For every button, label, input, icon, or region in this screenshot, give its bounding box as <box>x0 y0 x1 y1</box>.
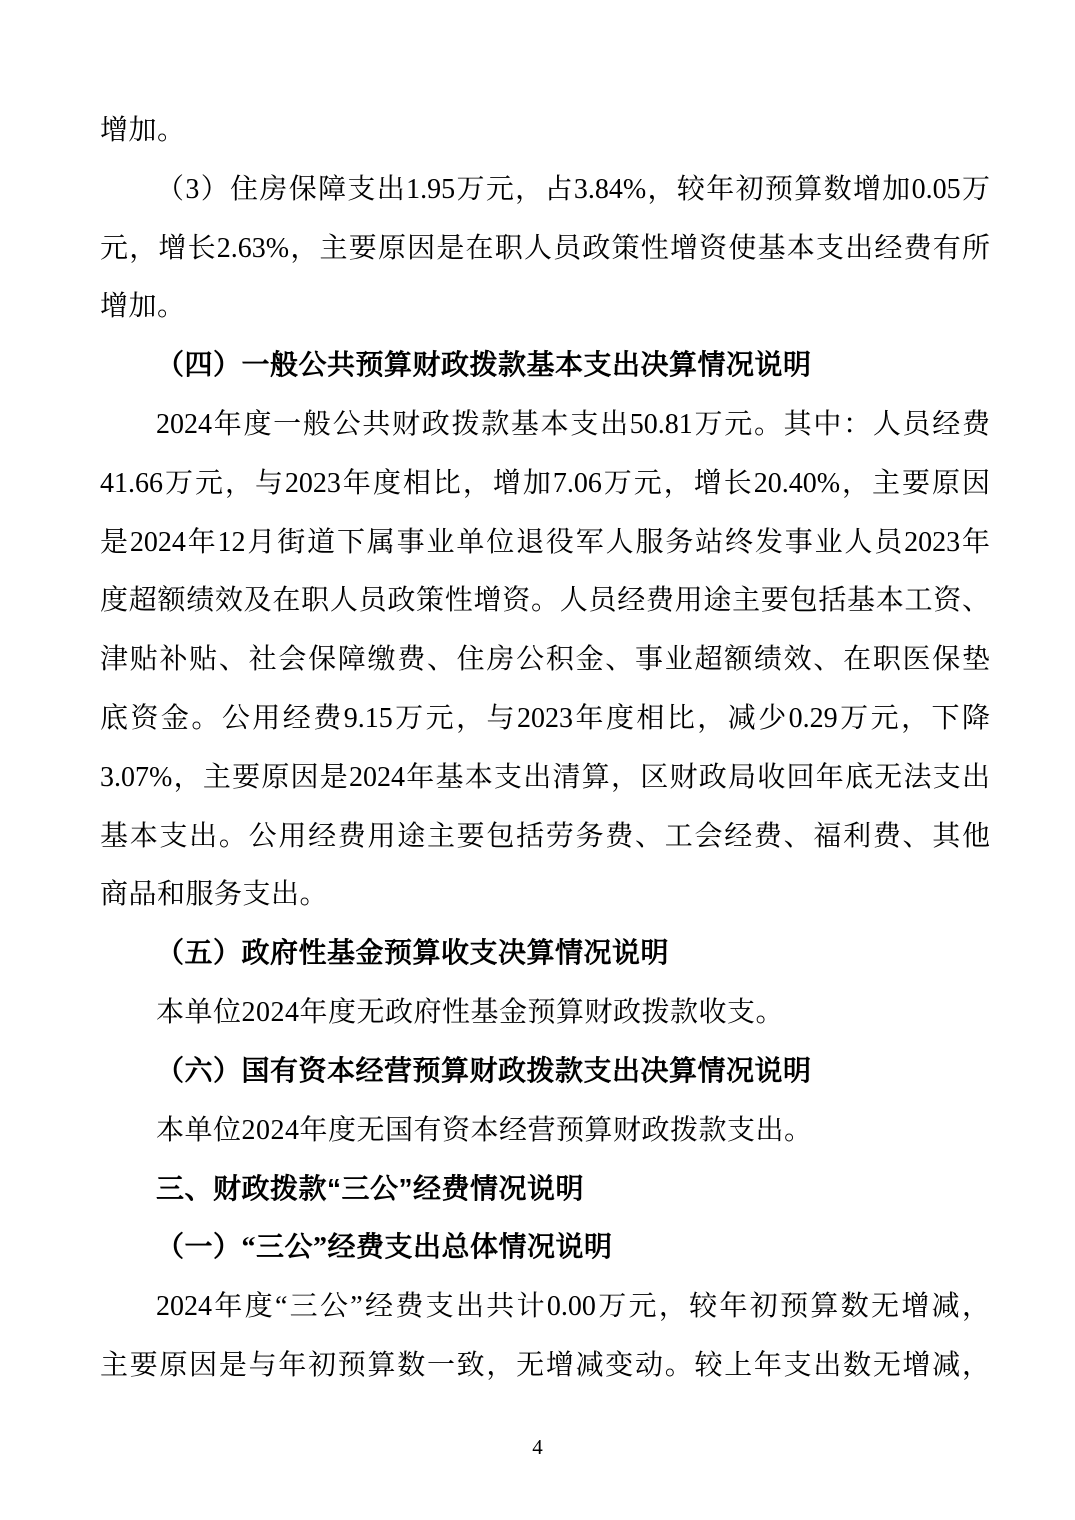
text-line: 度超额绩效及在职人员政策性增资。人员经费用途主要包括基本工资、 <box>100 572 990 631</box>
section-heading-3-1: （一）“三公”经费支出总体情况说明 <box>100 1219 990 1278</box>
text-block: 增加。 （3）住房保障支出1.95万元，占3.84%，较年初预算数增加0.05万… <box>100 102 990 1396</box>
section-heading-4: （四）一般公共预算财政拨款基本支出决算情况说明 <box>100 337 990 396</box>
text-line: （3）住房保障支出1.95万元，占3.84%，较年初预算数增加0.05万 <box>100 161 990 220</box>
text-line: 增加。 <box>100 278 990 337</box>
text-line: 底资金。公用经费9.15万元，与2023年度相比，减少0.29万元，下降 <box>100 690 990 749</box>
text-line: 主要原因是与年初预算数一致，无增减变动。较上年支出数无增减， <box>100 1337 990 1396</box>
text-line: 2024年度“三公”经费支出共计0.00万元，较年初预算数无增减， <box>100 1278 990 1337</box>
text-line: 增加。 <box>100 102 990 161</box>
document-page: 增加。 （3）住房保障支出1.95万元，占3.84%，较年初预算数增加0.05万… <box>0 0 1075 1520</box>
section-heading-6: （六）国有资本经营预算财政拨款支出决算情况说明 <box>100 1043 990 1102</box>
text-line: 本单位2024年度无政府性基金预算财政拨款收支。 <box>100 984 990 1043</box>
section-heading-three-gong: 三、财政拨款“三公”经费情况说明 <box>100 1160 990 1219</box>
text-line: 是2024年12月街道下属事业单位退役军人服务站终发事业人员2023年 <box>100 514 990 573</box>
page-number: 4 <box>0 1432 1075 1462</box>
text-line: 津贴补贴、社会保障缴费、住房公积金、事业超额绩效、在职医保垫 <box>100 631 990 690</box>
text-line: 41.66万元，与2023年度相比，增加7.06万元，增长20.40%，主要原因 <box>100 455 990 514</box>
text-line: 本单位2024年度无国有资本经营预算财政拨款支出。 <box>100 1102 990 1161</box>
text-line: 2024年度一般公共财政拨款基本支出50.81万元。其中：人员经费 <box>100 396 990 455</box>
text-line: 基本支出。公用经费用途主要包括劳务费、工会经费、福利费、其他 <box>100 808 990 867</box>
text-line: 3.07%，主要原因是2024年基本支出清算，区财政局收回年底无法支出 <box>100 749 990 808</box>
section-heading-5: （五）政府性基金预算收支决算情况说明 <box>100 925 990 984</box>
text-line: 元，增长2.63%，主要原因是在职人员政策性增资使基本支出经费有所 <box>100 220 990 279</box>
text-line: 商品和服务支出。 <box>100 866 990 925</box>
